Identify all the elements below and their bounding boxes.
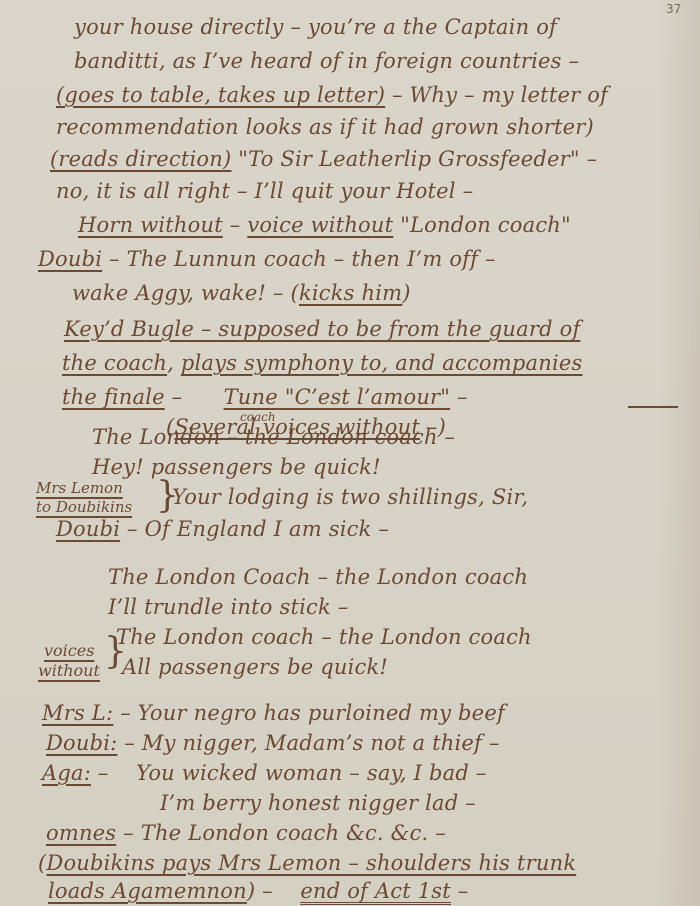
stage-direction: Horn without xyxy=(78,213,223,237)
manuscript-line: recommendation looks as if it had grown … xyxy=(56,114,594,140)
manuscript-page: 37 your house directly – you’re a the Ca… xyxy=(0,0,700,906)
folio-number: 37 xyxy=(666,2,681,16)
line-text: – Your negro has purloined my beef xyxy=(113,701,505,725)
line-text: – Of England I am sick – xyxy=(120,517,389,541)
stage-direction: (reads direction) xyxy=(50,147,231,171)
dialogue-line: Doubi: – My nigger, Madam’s not a thief … xyxy=(46,730,500,756)
line-text: – The Lunnun coach – then I’m off – xyxy=(102,247,496,271)
speaker-name: omnes xyxy=(46,821,116,845)
tune-title: Tune "C’est l’amour" xyxy=(224,385,451,409)
line-text: The London xyxy=(92,425,220,449)
speaker-name: Doubi xyxy=(56,517,120,541)
dialogue-line: Aga: – You wicked woman – say, I bad – xyxy=(42,760,487,786)
line-text: Your lodging is two shillings, Sir, xyxy=(172,485,528,509)
stage-direction-line: (reads direction) "To Sir Leatherlip Gro… xyxy=(50,146,597,172)
speaker-name: voices xyxy=(44,641,94,660)
stage-direction-line: the finale – Tune "C’est l’amour" – xyxy=(62,384,468,410)
speaker-direction: to Doubikins xyxy=(36,496,132,518)
paren: ) xyxy=(402,281,410,305)
dialogue-line: Doubi – The Lunnun coach – then I’m off … xyxy=(38,246,496,272)
line-text: wake Aggy, wake! – ( xyxy=(72,281,299,305)
line-text: "London coach" xyxy=(393,213,571,237)
line-text: The London Coach – the London coach xyxy=(108,565,528,589)
manuscript-line: no, it is all right – I’ll quit your Hot… xyxy=(56,178,473,204)
lyric-line: The London Coach – the London coach xyxy=(108,564,528,590)
line-text: "To Sir Leatherlip Grossfeeder" – xyxy=(231,147,597,171)
stage-direction: the coach xyxy=(62,351,167,375)
dialogue-line: Mrs L: – Your negro has purloined my bee… xyxy=(42,700,505,726)
stage-direction: the finale xyxy=(62,385,165,409)
separator: – xyxy=(451,879,469,903)
line-text: – Why – my letter of xyxy=(385,83,608,107)
separator: – xyxy=(223,213,247,237)
separator: ) – xyxy=(247,879,300,903)
speaker-direction: without xyxy=(38,661,100,680)
stage-direction: Key’d Bugle – supposed to be from the gu… xyxy=(64,317,580,341)
speaker-block: voices xyxy=(44,640,94,662)
dialogue-line: I’m berry honest nigger lad – xyxy=(160,790,476,816)
manuscript-line: wake Aggy, wake! – (kicks him) xyxy=(72,280,411,306)
lyric-line: The London coach – the London coach xyxy=(116,624,532,650)
line-text: no, it is all right – I’ll quit your Hot… xyxy=(56,179,473,203)
dialogue-line: Your lodging is two shillings, Sir, xyxy=(172,484,528,510)
line-text: recommendation looks as if it had grown … xyxy=(56,115,594,139)
separator: – xyxy=(450,385,468,409)
stage-direction-line: loads Agamemnon) – end of Act 1st – xyxy=(48,878,469,904)
stage-direction-line: Key’d Bugle – supposed to be from the gu… xyxy=(64,316,580,342)
speaker-name: Doubi: xyxy=(46,731,117,755)
inserted-word: coach xyxy=(240,410,276,424)
dialogue-line: Doubi – Of England I am sick – xyxy=(56,516,389,542)
speaker-name: Aga: xyxy=(42,761,91,785)
stage-direction: plays symphony to, and accompanies xyxy=(181,351,583,375)
stage-direction: (goes to table, takes up letter) xyxy=(56,83,385,107)
dash-mark xyxy=(628,406,678,408)
speaker-block: to Doubikins xyxy=(36,496,132,518)
stage-direction: kicks him xyxy=(299,281,402,305)
line-text: I’ll trundle into stick – xyxy=(108,595,348,619)
line-text: – You wicked woman – say, I bad – xyxy=(91,761,487,785)
line-text: Hey! passengers be quick! xyxy=(92,455,381,479)
dialogue-line: omnes – The London coach &c. &c. – xyxy=(46,820,446,846)
line-text: I’m berry honest nigger lad – xyxy=(160,791,476,815)
manuscript-line: your house directly – you’re a the Capta… xyxy=(74,14,557,40)
speaker-name: Mrs L: xyxy=(42,701,113,725)
lyric-line: I’ll trundle into stick – xyxy=(108,594,348,620)
stage-direction: Doubikins pays Mrs Lemon – shoulders his… xyxy=(46,851,576,875)
speaker-block: without xyxy=(38,660,100,682)
line-text: – The London coach &c. &c. – xyxy=(116,821,446,845)
separator: – xyxy=(165,385,224,409)
manuscript-line: banditti, as I’ve heard of in foreign co… xyxy=(74,48,579,74)
line-text: your house directly – you’re a the Capta… xyxy=(74,15,557,39)
separator: , xyxy=(167,351,181,375)
speaker-name: Doubi xyxy=(38,247,102,271)
line-text: – My nigger, Madam’s not a thief – xyxy=(117,731,499,755)
line-text: – the London coach – xyxy=(220,425,455,449)
line-text: All passengers be quick! xyxy=(122,655,388,679)
stage-direction-line: (goes to table, takes up letter) – Why –… xyxy=(56,82,608,108)
lyric-line: Hey! passengers be quick! xyxy=(92,454,381,480)
act-end-marker: end of Act 1st xyxy=(300,879,451,903)
stage-direction-line: Horn without – voice without "London coa… xyxy=(78,212,571,238)
lyric-line: All passengers be quick! xyxy=(122,654,388,680)
stage-direction-line: the coach, plays symphony to, and accomp… xyxy=(62,350,582,376)
line-text: The London coach – the London coach xyxy=(116,625,532,649)
line-text: banditti, as I’ve heard of in foreign co… xyxy=(74,49,579,73)
lyric-line: The London – the London coach – xyxy=(92,424,455,450)
stage-direction: loads Agamemnon xyxy=(48,879,247,903)
stage-direction: voice without xyxy=(247,213,393,237)
stage-direction-line: (Doubikins pays Mrs Lemon – shoulders hi… xyxy=(38,850,576,876)
